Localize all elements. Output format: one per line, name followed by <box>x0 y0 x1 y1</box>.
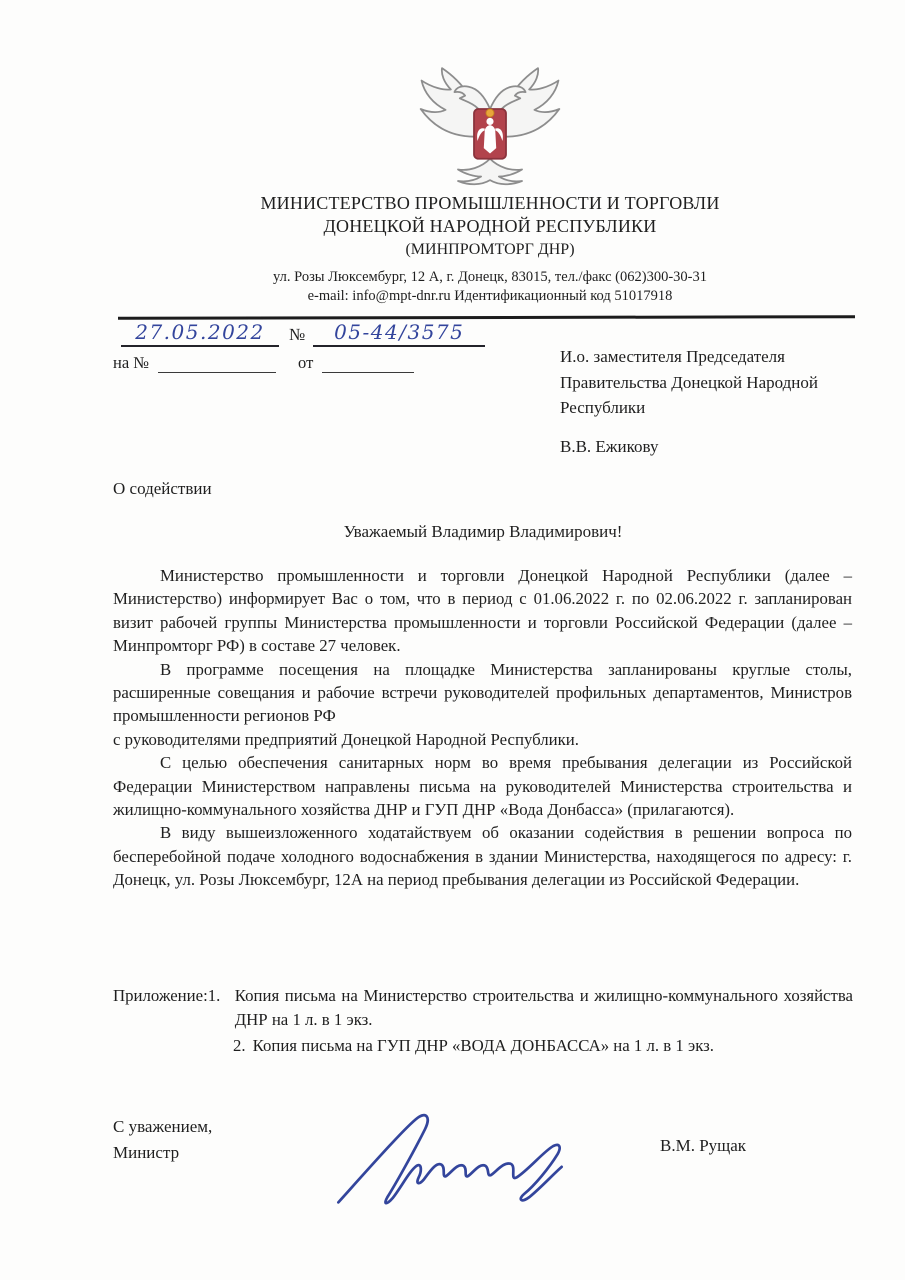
halo <box>486 109 494 117</box>
outgoing-number-field: 05-44/3575 <box>313 320 485 347</box>
closing-phrase: С уважением, <box>113 1114 212 1140</box>
body-paragraph-2: В программе посещения на площадке Минист… <box>113 658 852 728</box>
recipient-position-line2: Правительства Донецкой Народной <box>560 370 890 396</box>
signer-title: Министр <box>113 1140 212 1166</box>
closing-block: С уважением, Министр <box>113 1114 212 1166</box>
ministry-address: ул. Розы Люксембург, 12 А, г. Донецк, 83… <box>85 268 895 287</box>
ministry-name-line1: МИНИСТЕРСТВО ПРОМЫШЛЕННОСТИ И ТОРГОВЛИ <box>85 192 895 215</box>
reply-number-label: на № <box>113 353 149 373</box>
body-paragraph-2-continuation: с руководителями предприятий Донецкой На… <box>113 728 852 751</box>
recipient-position-line1: И.о. заместителя Председателя <box>560 344 890 370</box>
body-paragraph-1: Министерство промышленности и торговли Д… <box>113 564 852 658</box>
recipient-position-line3: Республики <box>560 395 890 421</box>
attachment-item-1: Приложение: 1. Копия письма на Министерс… <box>113 984 853 1031</box>
number-sign: № <box>289 325 305 345</box>
scanned-letter-page: МИНИСТЕРСТВО ПРОМЫШЛЕННОСТИ И ТОРГОВЛИ Д… <box>0 0 905 1280</box>
recipient-name: В.В. Ежикову <box>560 434 890 460</box>
handwritten-signature <box>330 1108 570 1208</box>
dnr-coat-of-arms-emblem <box>410 62 570 188</box>
recipient-block: И.о. заместителя Председателя Правительс… <box>560 344 890 459</box>
archangel-body <box>484 125 496 153</box>
archangel-head <box>486 118 493 125</box>
body-paragraph-4: В виду вышеизложенного ходатайствуем об … <box>113 821 852 891</box>
attachment-2-text: Копия письма на ГУП ДНР «ВОДА ДОНБАССА» … <box>253 1036 714 1055</box>
ministry-short-name: (МИНПРОМТОРГ ДНР) <box>85 239 895 260</box>
signer-name: В.М. Рущак <box>660 1136 746 1156</box>
reply-number-blank <box>158 357 276 373</box>
outgoing-reference-row: 27.05.2022 № 05-44/3575 <box>121 320 485 347</box>
center-shield <box>474 109 506 159</box>
attachments-block: Приложение: 1. Копия письма на Министерс… <box>113 984 853 1058</box>
attachment-2-number: 2. <box>233 1036 246 1055</box>
ministry-contact: e-mail: info@mpt-dnr.ru Идентификационны… <box>85 287 895 306</box>
letter-subject: О содействии <box>113 479 212 499</box>
letter-body: Министерство промышленности и торговли Д… <box>113 564 852 892</box>
handwritten-number: 05-44/3575 <box>334 320 464 344</box>
eagle-tail <box>458 159 522 184</box>
handwritten-date: 27.05.2022 <box>135 320 265 344</box>
attachments-label: Приложение: <box>113 984 208 1008</box>
attachment-1-number: 1. <box>208 984 235 1008</box>
attachment-item-2: 2.Копия письма на ГУП ДНР «ВОДА ДОНБАССА… <box>233 1034 853 1058</box>
ministry-name-line2: ДОНЕЦКОЙ НАРОДНОЙ РЕСПУБЛИКИ <box>85 215 895 238</box>
salutation: Уважаемый Владимир Владимирович! <box>113 522 853 542</box>
reply-date-blank <box>322 357 414 373</box>
letterhead: МИНИСТЕРСТВО ПРОМЫШЛЕННОСТИ И ТОРГОВЛИ Д… <box>85 192 895 306</box>
outgoing-date-field: 27.05.2022 <box>121 320 279 347</box>
body-paragraph-3: С целью обеспечения санитарных норм во в… <box>113 751 852 821</box>
signature-stroke <box>338 1115 561 1203</box>
reply-date-label: от <box>298 353 313 373</box>
attachment-1-text: Копия письма на Министерство строительст… <box>235 984 853 1031</box>
reply-reference-row: на № от <box>113 353 414 373</box>
